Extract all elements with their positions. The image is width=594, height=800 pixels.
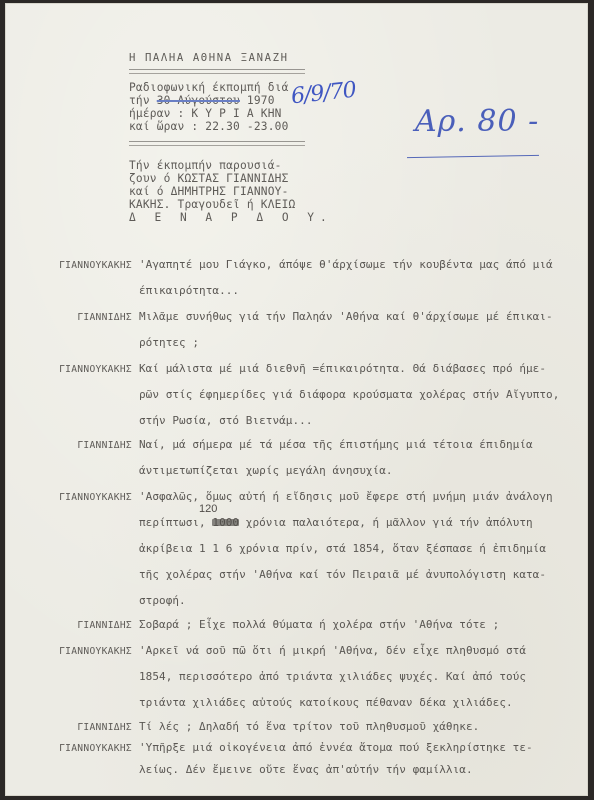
presenters-line-5: Δ Ε Ν Α Ρ Δ Ο Υ.: [129, 211, 333, 224]
dialogue-line: Ναί, μά σήμερα μέ τά μέσα τῆς έπιστήμης …: [139, 438, 533, 451]
overstrike-blot: [212, 519, 239, 526]
handwritten-reference-number: Αρ. 80 -: [415, 104, 539, 139]
dialogue-line: 'Ασφαλῶς, ὅμως αὐτή ή εἴδησις μοῦ ἔφερε …: [139, 490, 553, 503]
speaker-label: ΓΙΑΝΝΟΥΚΑΚΗΣ: [5, 492, 132, 503]
presenters-line-2: ζουν ό ΚΩΣΤΑΣ ΓΙΑΝΝΙΔΗΣ: [129, 172, 289, 185]
dialogue-line: Σοβαρά ; Εἶχε πολλά θύματα ή χολέρα στήν…: [139, 618, 499, 631]
broadcast-year: 1970: [240, 94, 275, 107]
presenters-line-4: ΚΑΚΗΣ. Τραγουδεῖ ή ΚΛΕΙΩ: [129, 198, 295, 211]
broadcast-info-line-3: ήμέραν : Κ Υ Ρ Ι Α ΚΗΝ: [129, 107, 282, 120]
dialogue-line: τριάντα χιλιάδες αὐτούς κατοίκους πέθανα…: [139, 696, 513, 709]
dialogue-line: λείως. Δέν ἔμεινε οὔτε ἕνας ἀπ'αὐτήν τήν…: [139, 763, 473, 776]
dialogue-line: 'Αγαπητέ μου Γιάγκο, άπόψε θ'άρχίσωμε τή…: [139, 258, 553, 271]
dialogue-line: στροφή.: [139, 594, 186, 607]
speaker-label: ΓΙΑΝΝΟΥΚΑΚΗΣ: [5, 743, 132, 754]
header-rule-top: [129, 69, 305, 74]
dialogue-line: Μιλᾶμε συνήθως γιά τήν Παληάν 'Αθήνα καί…: [139, 310, 553, 323]
speaker-label: ΓΙΑΝΝΟΥΚΑΚΗΣ: [5, 260, 132, 271]
dialogue-line: άντιμετωπίζεται χωρίς μεγάλη άνησυχία.: [139, 464, 393, 477]
speaker-label: ΓΙΑΝΝΙΔΗΣ: [5, 440, 132, 451]
struck-number: 1000: [212, 516, 239, 529]
header-rule-bottom: [129, 141, 305, 146]
handwritten-underline: [407, 155, 539, 158]
broadcast-date-struck: 30 Αύγούστου: [157, 94, 240, 107]
speaker-label: ΓΙΑΝΝΙΔΗΣ: [5, 620, 132, 631]
document-page: Η ΠΑΛΗΑ ΑΘΗΝΑ ΞΑΝΑΖΗ Ραδιοφωνική έκπομπή…: [5, 3, 588, 796]
dialogue-line: στήν Ρωσία, στό Βιετνάμ...: [139, 414, 313, 427]
presenters-line-1: Τήν έκπομπήν παρουσιά-: [129, 159, 282, 172]
dialogue-line: Καί μάλιστα μέ μιά διεθνῆ =έπικαιρότητα.…: [139, 362, 546, 375]
inserted-number: 120: [199, 503, 217, 515]
dialogue-line: 1854, περισσότερο ἀπό τριάντα χιλιάδες ψ…: [139, 670, 526, 683]
dialogue-text: χρόνια παλαιότερα, ή μᾶλλον γιά τήν ἀπόλ…: [239, 516, 533, 529]
dialogue-line: Τί λές ; Δηλαδή τό ἕνα τρίτον τοῦ πληθυσ…: [139, 720, 479, 733]
handwritten-date: 6/9/70: [290, 78, 357, 110]
dialogue-line: 'Υπῆρξε μιά οἰκογένεια ἀπό ἐννέα ἄτομα π…: [139, 741, 533, 754]
dialogue-line: ρῶν στίς έφημερίδες γιά διάφορα κρούσματ…: [139, 388, 559, 401]
dialogue-line-with-correction: περίπτωσι, 1000 χρόνια παλαιότερα, ή μᾶλ…: [139, 516, 533, 529]
dialogue-line: ἀκρίβεια 1 1 6 χρόνια πρίν, στά 1854, ὅτ…: [139, 542, 546, 555]
speaker-label: ΓΙΑΝΝΟΥΚΑΚΗΣ: [5, 364, 132, 375]
broadcast-date-prefix: τήν: [129, 94, 157, 107]
speaker-label: ΓΙΑΝΝΙΔΗΣ: [5, 312, 132, 323]
dialogue-line: έπικαιρότητα...: [139, 284, 239, 297]
dialogue-line: 'Αρκεῖ νά σοῦ πῶ ὅτι ή μικρή 'Αθήνα, δέν…: [139, 644, 526, 657]
dialogue-text: περίπτωσι,: [139, 516, 212, 529]
document-title: Η ΠΑΛΗΑ ΑΘΗΝΑ ΞΑΝΑΖΗ: [129, 52, 289, 64]
dialogue-line: τῆς χολέρας στήν 'Αθήνα καί τόν Πειραιᾶ …: [139, 568, 546, 581]
dialogue-line: ρότητες ;: [139, 336, 199, 349]
broadcast-info-line-1: Ραδιοφωνική έκπομπή διά: [129, 81, 289, 94]
broadcast-info-line-2: τήν 30 Αύγούστου 1970: [129, 94, 275, 107]
speaker-label: ΓΙΑΝΝΙΔΗΣ: [5, 722, 132, 733]
speaker-label: ΓΙΑΝΝΟΥΚΑΚΗΣ: [5, 646, 132, 657]
broadcast-info-line-4: καί ὥραν : 22.30 -23.00: [129, 120, 289, 133]
presenters-line-3: καί ό ΔΗΜΗΤΡΗΣ ΓΙΑΝΝΟΥ-: [129, 185, 289, 198]
